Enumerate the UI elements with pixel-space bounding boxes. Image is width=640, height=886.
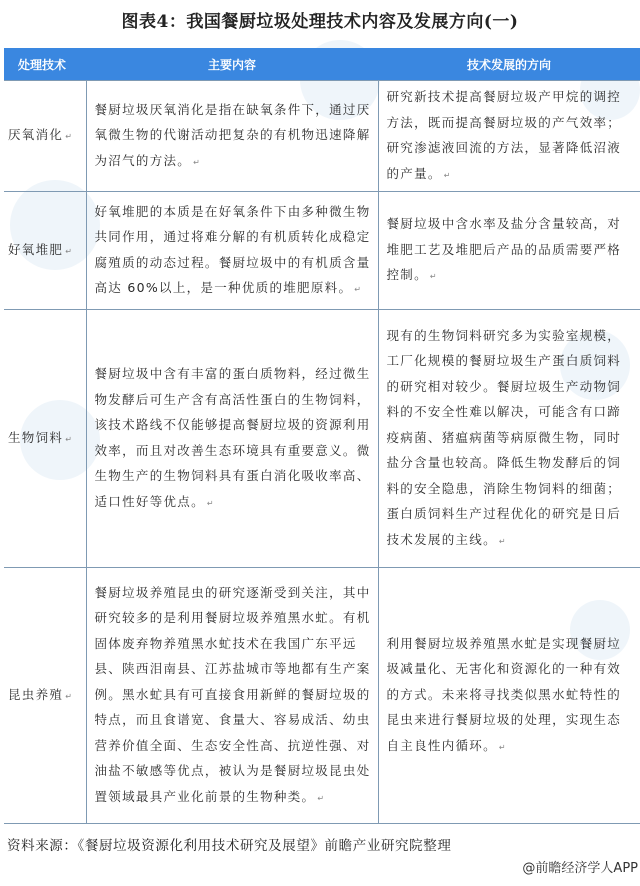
cell-direction: 现有的生物饲料研究多为实验室规模，工厂化规模的餐厨垃圾生产蛋白质饲料的研究相对较… — [378, 310, 640, 568]
cell-tech: 好氧堆肥↵ — [4, 192, 86, 310]
cell-tech: 昆虫养殖↵ — [4, 568, 86, 824]
paragraph-mark: ↵ — [499, 537, 506, 546]
paragraph-mark: ↵ — [207, 499, 214, 508]
direction-content: 利用餐厨垃圾养殖黑水虻是实现餐厨垃圾减量化、无害化和资源化的一种有效的方式。未来… — [387, 636, 622, 753]
direction-content: 现有的生物饲料研究多为实验室规模，工厂化规模的餐厨垃圾生产蛋白质饲料的研究相对较… — [387, 328, 622, 547]
paragraph-mark: ↵ — [65, 247, 72, 256]
main-content: 餐厨垃圾中含有丰富的蛋白质物料，经过微生物发酵后可生产含有高活性蛋白的生物饲料，… — [95, 366, 371, 509]
cell-direction: 餐厨垃圾中含水率及盐分含量较高，对堆肥工艺及堆肥后产品的品质需要严格控制。↵ — [378, 192, 640, 310]
paragraph-mark: ↵ — [444, 171, 451, 180]
direction-content: 研究新技术提高餐厨垃圾产甲烷的调控方法，既而提高餐厨垃圾的产气效率；研究渗滤液回… — [387, 89, 622, 181]
paragraph-mark: ↵ — [65, 132, 72, 141]
tech-name: 好氧堆肥 — [8, 242, 63, 257]
tech-name: 生物饲料 — [8, 430, 63, 445]
source-note: 资料来源：《餐厨垃圾资源化利用技术研究及展望》前瞻产业研究院整理 — [7, 837, 451, 855]
table-row: 昆虫养殖↵ 餐厨垃圾养殖昆虫的研究逐渐受到关注，其中研究较多的是利用餐厨垃圾养殖… — [4, 568, 640, 824]
header-tech: 处理技术 — [4, 48, 86, 81]
paragraph-mark: ↵ — [193, 158, 200, 167]
paragraph-mark: ↵ — [317, 794, 324, 803]
cell-tech: 生物饲料↵ — [4, 310, 86, 568]
table-row: 厌氧消化↵ 餐厨垃圾厌氧消化是指在缺氧条件下，通过厌氧微生物的代谢活动把复杂的有… — [4, 81, 640, 192]
direction-content: 餐厨垃圾中含水率及盐分含量较高，对堆肥工艺及堆肥后产品的品质需要严格控制。 — [387, 216, 622, 282]
figure-title: 图表4：我国餐厨垃圾处理技术内容及发展方向(一) — [0, 8, 640, 36]
main-content: 好氧堆肥的本质是在好氧条件下由多种微生物共同作用，通过将难分解的有机质转化成稳定… — [95, 204, 371, 296]
main-content: 餐厨垃圾厌氧消化是指在缺氧条件下，通过厌氧微生物的代谢活动把复杂的有机物迅速降解… — [95, 102, 371, 168]
table-header-row: 处理技术 主要内容 技术发展的方向 — [4, 48, 640, 81]
cell-tech: 厌氧消化↵ — [4, 81, 86, 192]
tech-table: 处理技术 主要内容 技术发展的方向 厌氧消化↵ 餐厨垃圾厌氧消化是指在缺氧条件下… — [4, 48, 640, 824]
paragraph-mark: ↵ — [65, 692, 72, 701]
header-main: 主要内容 — [86, 48, 378, 81]
header-direction: 技术发展的方向 — [378, 48, 640, 81]
main-content: 餐厨垃圾养殖昆虫的研究逐渐受到关注，其中研究较多的是利用餐厨垃圾养殖黑水虻。有机… — [95, 585, 371, 804]
cell-main: 好氧堆肥的本质是在好氧条件下由多种微生物共同作用，通过将难分解的有机质转化成稳定… — [86, 192, 378, 310]
paragraph-mark: ↵ — [430, 272, 437, 281]
tech-name: 昆虫养殖 — [8, 687, 63, 702]
table-row: 生物饲料↵ 餐厨垃圾中含有丰富的蛋白质物料，经过微生物发酵后可生产含有高活性蛋白… — [4, 310, 640, 568]
paragraph-mark: ↵ — [354, 285, 361, 294]
tech-name: 厌氧消化 — [8, 127, 63, 142]
table-row: 好氧堆肥↵ 好氧堆肥的本质是在好氧条件下由多种微生物共同作用，通过将难分解的有机… — [4, 192, 640, 310]
paragraph-mark: ↵ — [499, 743, 506, 752]
cell-main: 餐厨垃圾养殖昆虫的研究逐渐受到关注，其中研究较多的是利用餐厨垃圾养殖黑水虻。有机… — [86, 568, 378, 824]
cell-main: 餐厨垃圾中含有丰富的蛋白质物料，经过微生物发酵后可生产含有高活性蛋白的生物饲料，… — [86, 310, 378, 568]
cell-main: 餐厨垃圾厌氧消化是指在缺氧条件下，通过厌氧微生物的代谢活动把复杂的有机物迅速降解… — [86, 81, 378, 192]
paragraph-mark: ↵ — [65, 435, 72, 444]
cell-direction: 利用餐厨垃圾养殖黑水虻是实现餐厨垃圾减量化、无害化和资源化的一种有效的方式。未来… — [378, 568, 640, 824]
cell-direction: 研究新技术提高餐厨垃圾产甲烷的调控方法，既而提高餐厨垃圾的产气效率；研究渗滤液回… — [378, 81, 640, 192]
credit-watermark: @前瞻经济学人APP — [522, 860, 638, 878]
